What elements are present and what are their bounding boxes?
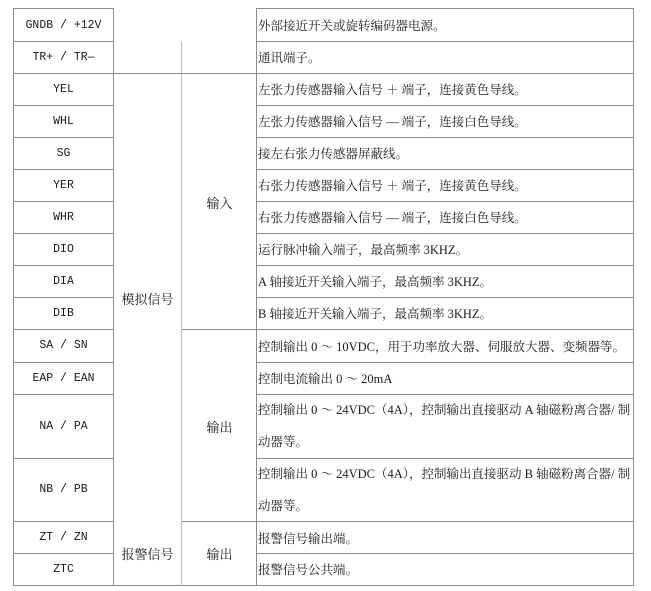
description-text: 通讯端子。	[258, 48, 321, 66]
description-cell: 控制电流输出 0 ～ 20mA	[256, 362, 634, 395]
terminal-label: TR+ / TR—	[32, 51, 94, 64]
description-cell: 控制输出 0 ～ 24VDC（4A），控制输出直接驱动 B 轴磁粉离合器/ 制 …	[256, 458, 634, 522]
description-text: 左张力传感器输入信号 — 端子，连接白色导线。	[258, 112, 527, 130]
description-text: 右张力传感器输入信号 ＋ 端子，连接黄色导线。	[258, 176, 527, 194]
group-output: 输出	[181, 329, 257, 522]
terminal-cell: GNDB / +12V	[13, 8, 114, 42]
terminal-label: EAP / EAN	[32, 372, 94, 385]
terminal-cell: DIA	[13, 265, 114, 298]
description-cell: 外部接近开关或旋转编码器电源。	[256, 8, 634, 42]
group-label: 输入	[206, 193, 232, 212]
description-text: 动器等。	[258, 426, 308, 458]
terminal-label: DIA	[53, 275, 74, 288]
terminal-cell: TR+ / TR—	[13, 41, 114, 74]
group-label: 模拟信号	[121, 285, 173, 312]
description-text: 控制输出 0 ～ 10VDC，用于功率放大器、伺服放大器、变频器等。	[258, 337, 625, 355]
terminal-cell: ZT / ZN	[13, 521, 114, 554]
terminal-cell: SA / SN	[13, 329, 114, 363]
terminal-cell: NB / PB	[13, 458, 114, 522]
terminal-label: SA / SN	[39, 339, 87, 352]
description-text: 运行脉冲输入端子，最高频率 3KHZ。	[258, 240, 468, 258]
description-cell: 报警信号输出端。	[256, 521, 634, 554]
description-text: 左张力传感器输入信号 ＋ 端子，连接黄色导线。	[258, 80, 527, 98]
terminal-cell: DIB	[13, 297, 114, 330]
description-text: A 轴接近开关输入端子，最高频率 3KHZ。	[258, 272, 492, 290]
group-label: 输出	[206, 544, 232, 563]
description-cell: B 轴接近开关输入端子，最高频率 3KHZ。	[256, 297, 634, 330]
terminal-cell: DIO	[13, 233, 114, 266]
terminal-cell: ZTC	[13, 553, 114, 586]
terminal-label: YEL	[53, 83, 74, 96]
terminal-cell: WHR	[13, 201, 114, 234]
group-alarm-signal: 报警信号	[113, 521, 182, 586]
description-text: 控制电流输出 0 ～ 20mA	[258, 369, 392, 387]
terminal-label: NB / PB	[39, 483, 87, 496]
terminal-cell: WHL	[13, 105, 114, 138]
description-text: 控制输出 0 ～ 24VDC（4A），控制输出直接驱动 B 轴磁粉离合器/ 制	[258, 458, 630, 490]
spacer-cell	[181, 41, 257, 74]
terminal-label: SG	[57, 147, 71, 160]
terminal-label: ZTC	[53, 563, 74, 576]
description-text: 接左右张力传感器屏蔽线。	[258, 144, 408, 162]
group-label: 输出	[206, 417, 232, 436]
terminal-label: WHL	[53, 115, 74, 128]
terminal-label: YER	[53, 179, 74, 192]
description-text: 右张力传感器输入信号 — 端子，连接白色导线。	[258, 208, 527, 226]
description-text: 外部接近开关或旋转编码器电源。	[258, 16, 446, 34]
description-cell: 运行脉冲输入端子，最高频率 3KHZ。	[256, 233, 634, 266]
terminal-label: DIB	[53, 307, 74, 320]
description-cell: 控制输出 0 ～ 10VDC，用于功率放大器、伺服放大器、变频器等。	[256, 329, 634, 363]
description-cell: 控制输出 0 ～ 24VDC（4A），控制输出直接驱动 A 轴磁粉离合器/ 制 …	[256, 394, 634, 459]
terminal-label: GNDB / +12V	[26, 19, 102, 32]
description-cell: 右张力传感器输入信号 ＋ 端子，连接黄色导线。	[256, 169, 634, 202]
terminal-cell: SG	[13, 137, 114, 170]
terminal-cell: YER	[13, 169, 114, 202]
terminal-label: DIO	[53, 243, 74, 256]
terminal-label: ZT / ZN	[39, 531, 87, 544]
description-text: 动器等。	[258, 490, 308, 522]
terminal-cell: YEL	[13, 73, 114, 106]
description-cell: A 轴接近开关输入端子，最高频率 3KHZ。	[256, 265, 634, 298]
description-text: 报警信号输出端。	[258, 529, 358, 547]
description-cell: 接左右张力传感器屏蔽线。	[256, 137, 634, 170]
terminal-cell: EAP / EAN	[13, 362, 114, 395]
description-cell: 通讯端子。	[256, 41, 634, 74]
description-text: B 轴接近开关输入端子，最高频率 3KHZ。	[258, 304, 492, 322]
description-text: 控制输出 0 ～ 24VDC（4A），控制输出直接驱动 A 轴磁粉离合器/ 制	[258, 394, 630, 426]
terminal-label: NA / PA	[39, 420, 87, 433]
group-alarm-output: 输出	[181, 521, 257, 586]
group-analog-signal: 模拟信号	[113, 73, 182, 522]
description-cell: 左张力传感器输入信号 ＋ 端子，连接黄色导线。	[256, 73, 634, 106]
group-label: 报警信号	[121, 544, 173, 563]
description-cell: 左张力传感器输入信号 — 端子，连接白色导线。	[256, 105, 634, 138]
description-text: 报警信号公共端。	[258, 560, 358, 578]
terminal-label: WHR	[53, 211, 74, 224]
group-input: 输入	[181, 73, 257, 330]
terminal-cell: NA / PA	[13, 394, 114, 459]
description-cell: 右张力传感器输入信号 — 端子，连接白色导线。	[256, 201, 634, 234]
description-cell: 报警信号公共端。	[256, 553, 634, 586]
